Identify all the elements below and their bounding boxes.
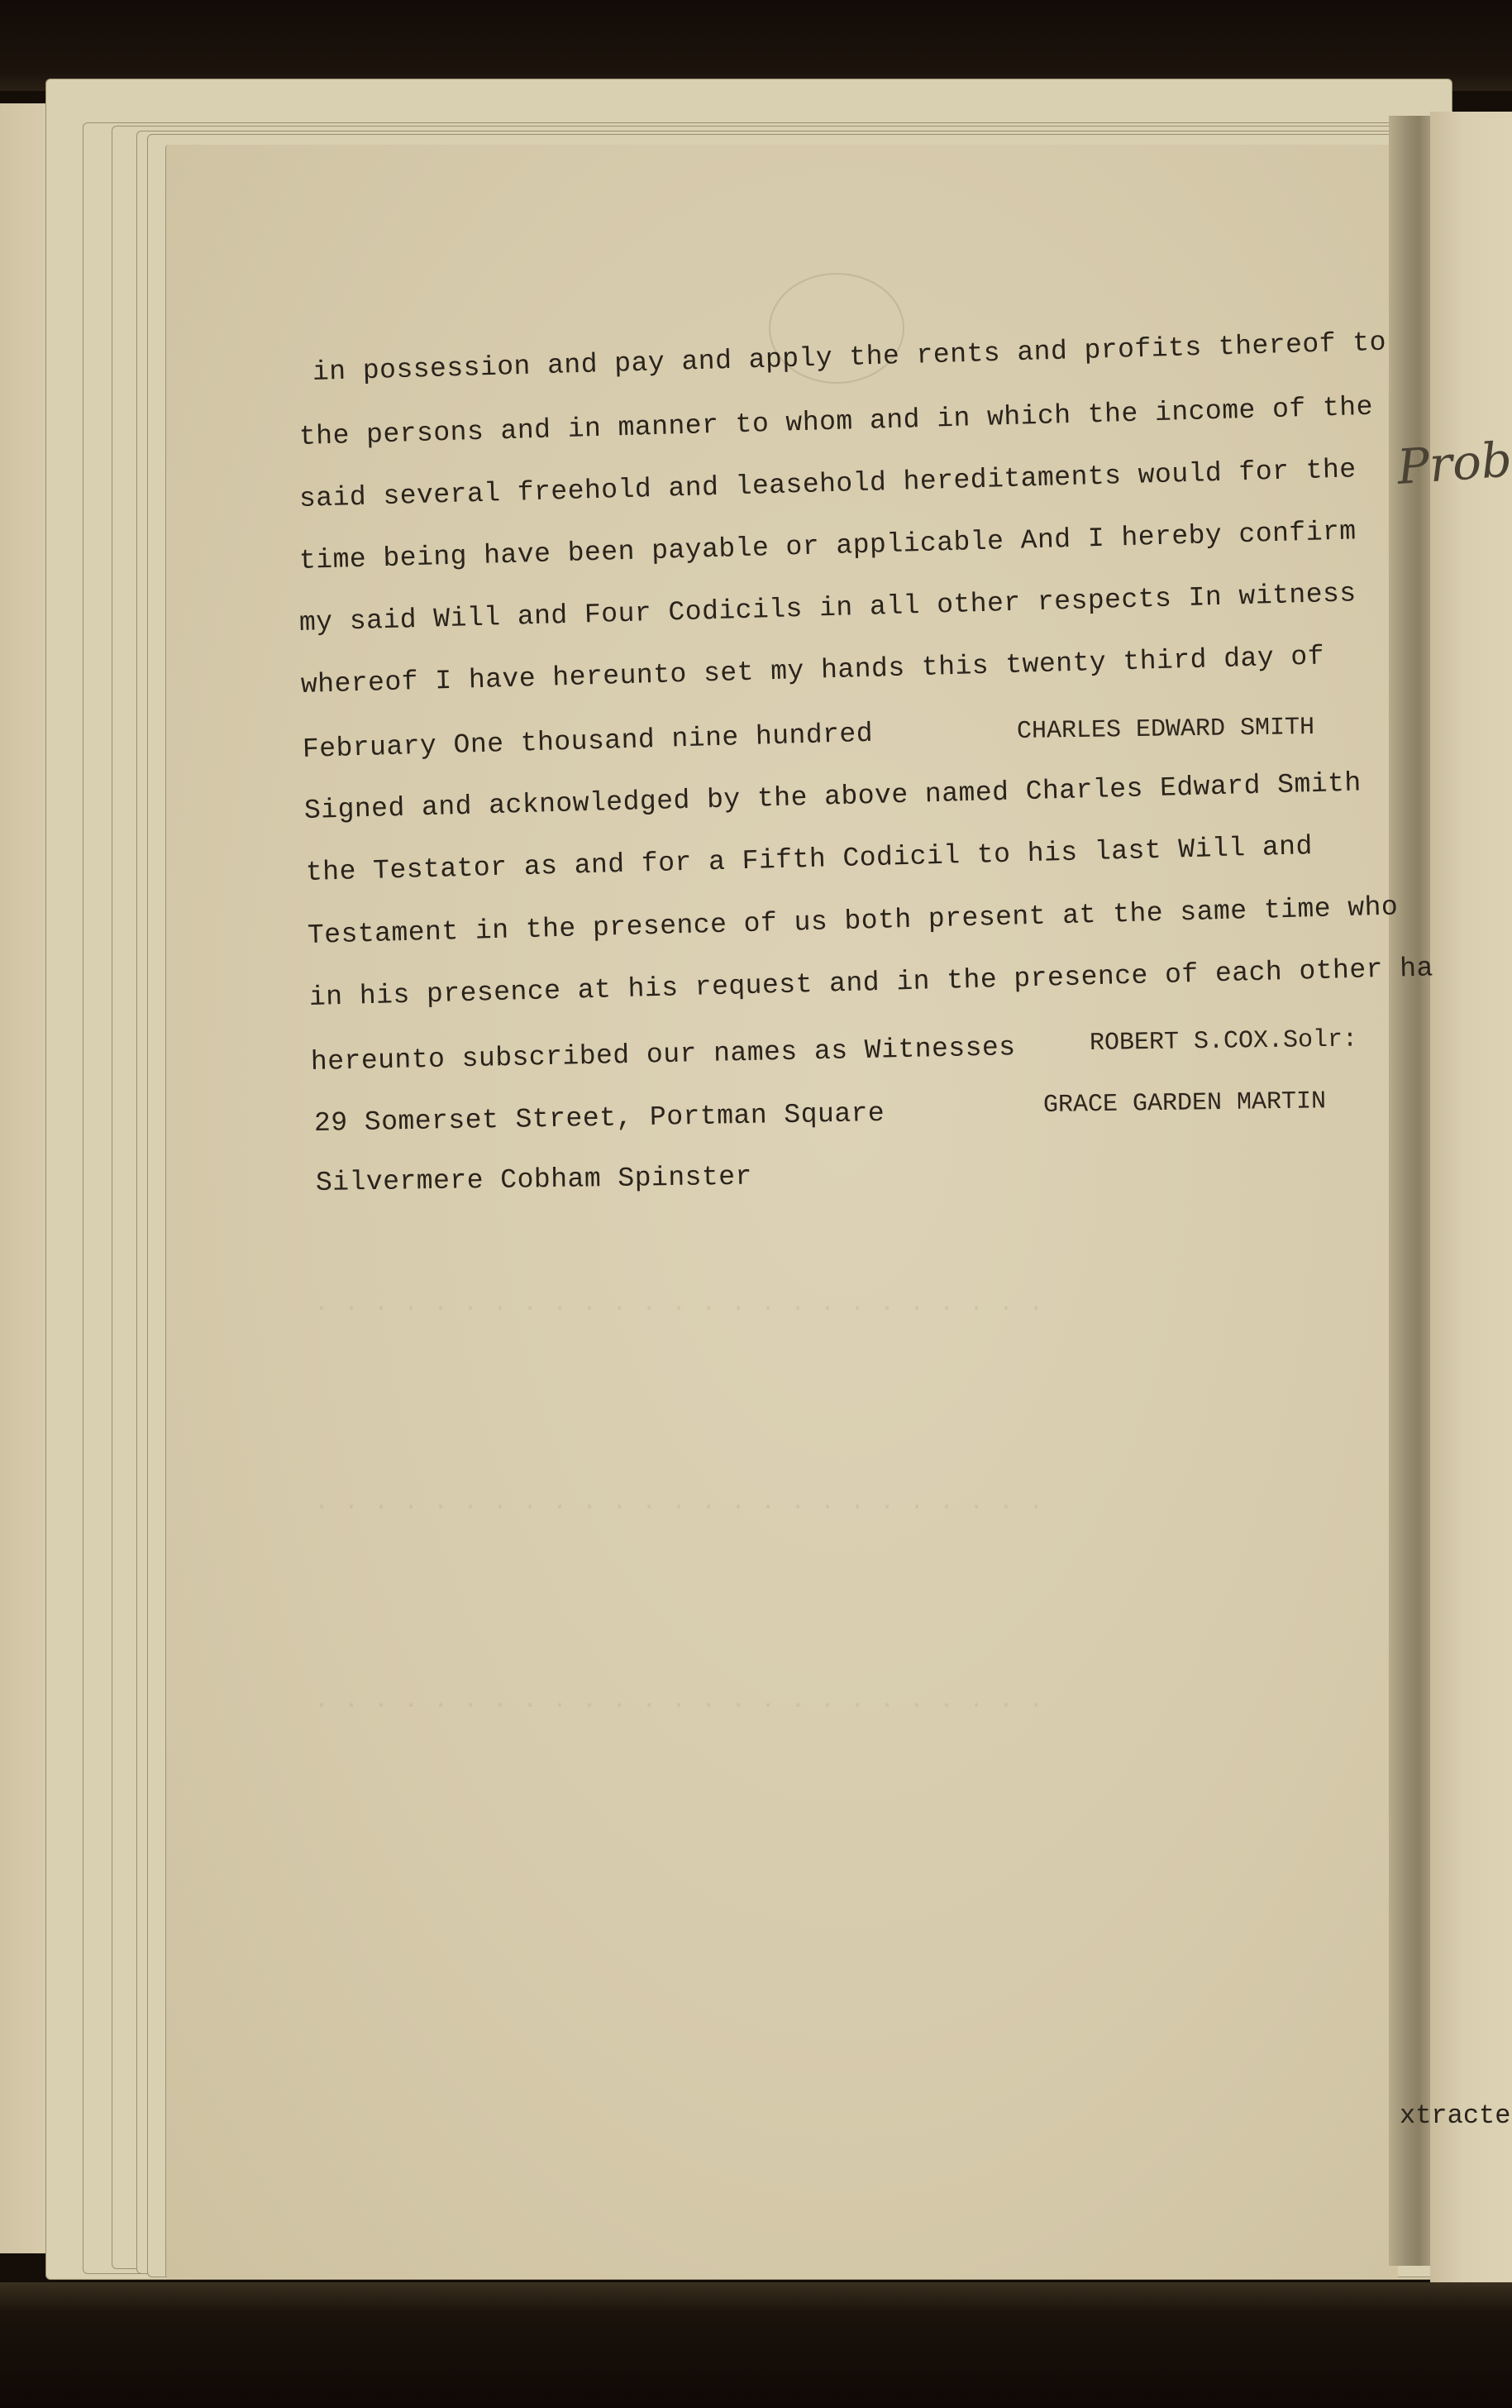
show-through-text: . . . . . . . . . . . . . . . . . . . . … <box>314 1488 1043 1517</box>
witness-1-signature: ROBERT S.COX.Solr: <box>1090 1025 1358 1058</box>
show-through-text: . . . . . . . . . . . . . . . . . . . . … <box>314 1687 1043 1715</box>
book-binding-bottom <box>0 2282 1512 2408</box>
witness-2-signature: GRACE GARDEN MARTIN <box>1043 1087 1327 1120</box>
body-line: Silvermere Cobham Spinster <box>316 1162 752 1198</box>
left-facing-page <box>0 103 51 2253</box>
handwritten-margin-note: Proba <box>1395 429 1512 495</box>
show-through-text: . . . . . . . . . . . . . . . . . . . . … <box>314 1290 1043 1318</box>
book-binding-top <box>0 0 1512 91</box>
testator-signature: CHARLES EDWARD SMITH <box>1017 714 1315 746</box>
facing-page-typed-fragment: xtracted <box>1400 2100 1512 2131</box>
